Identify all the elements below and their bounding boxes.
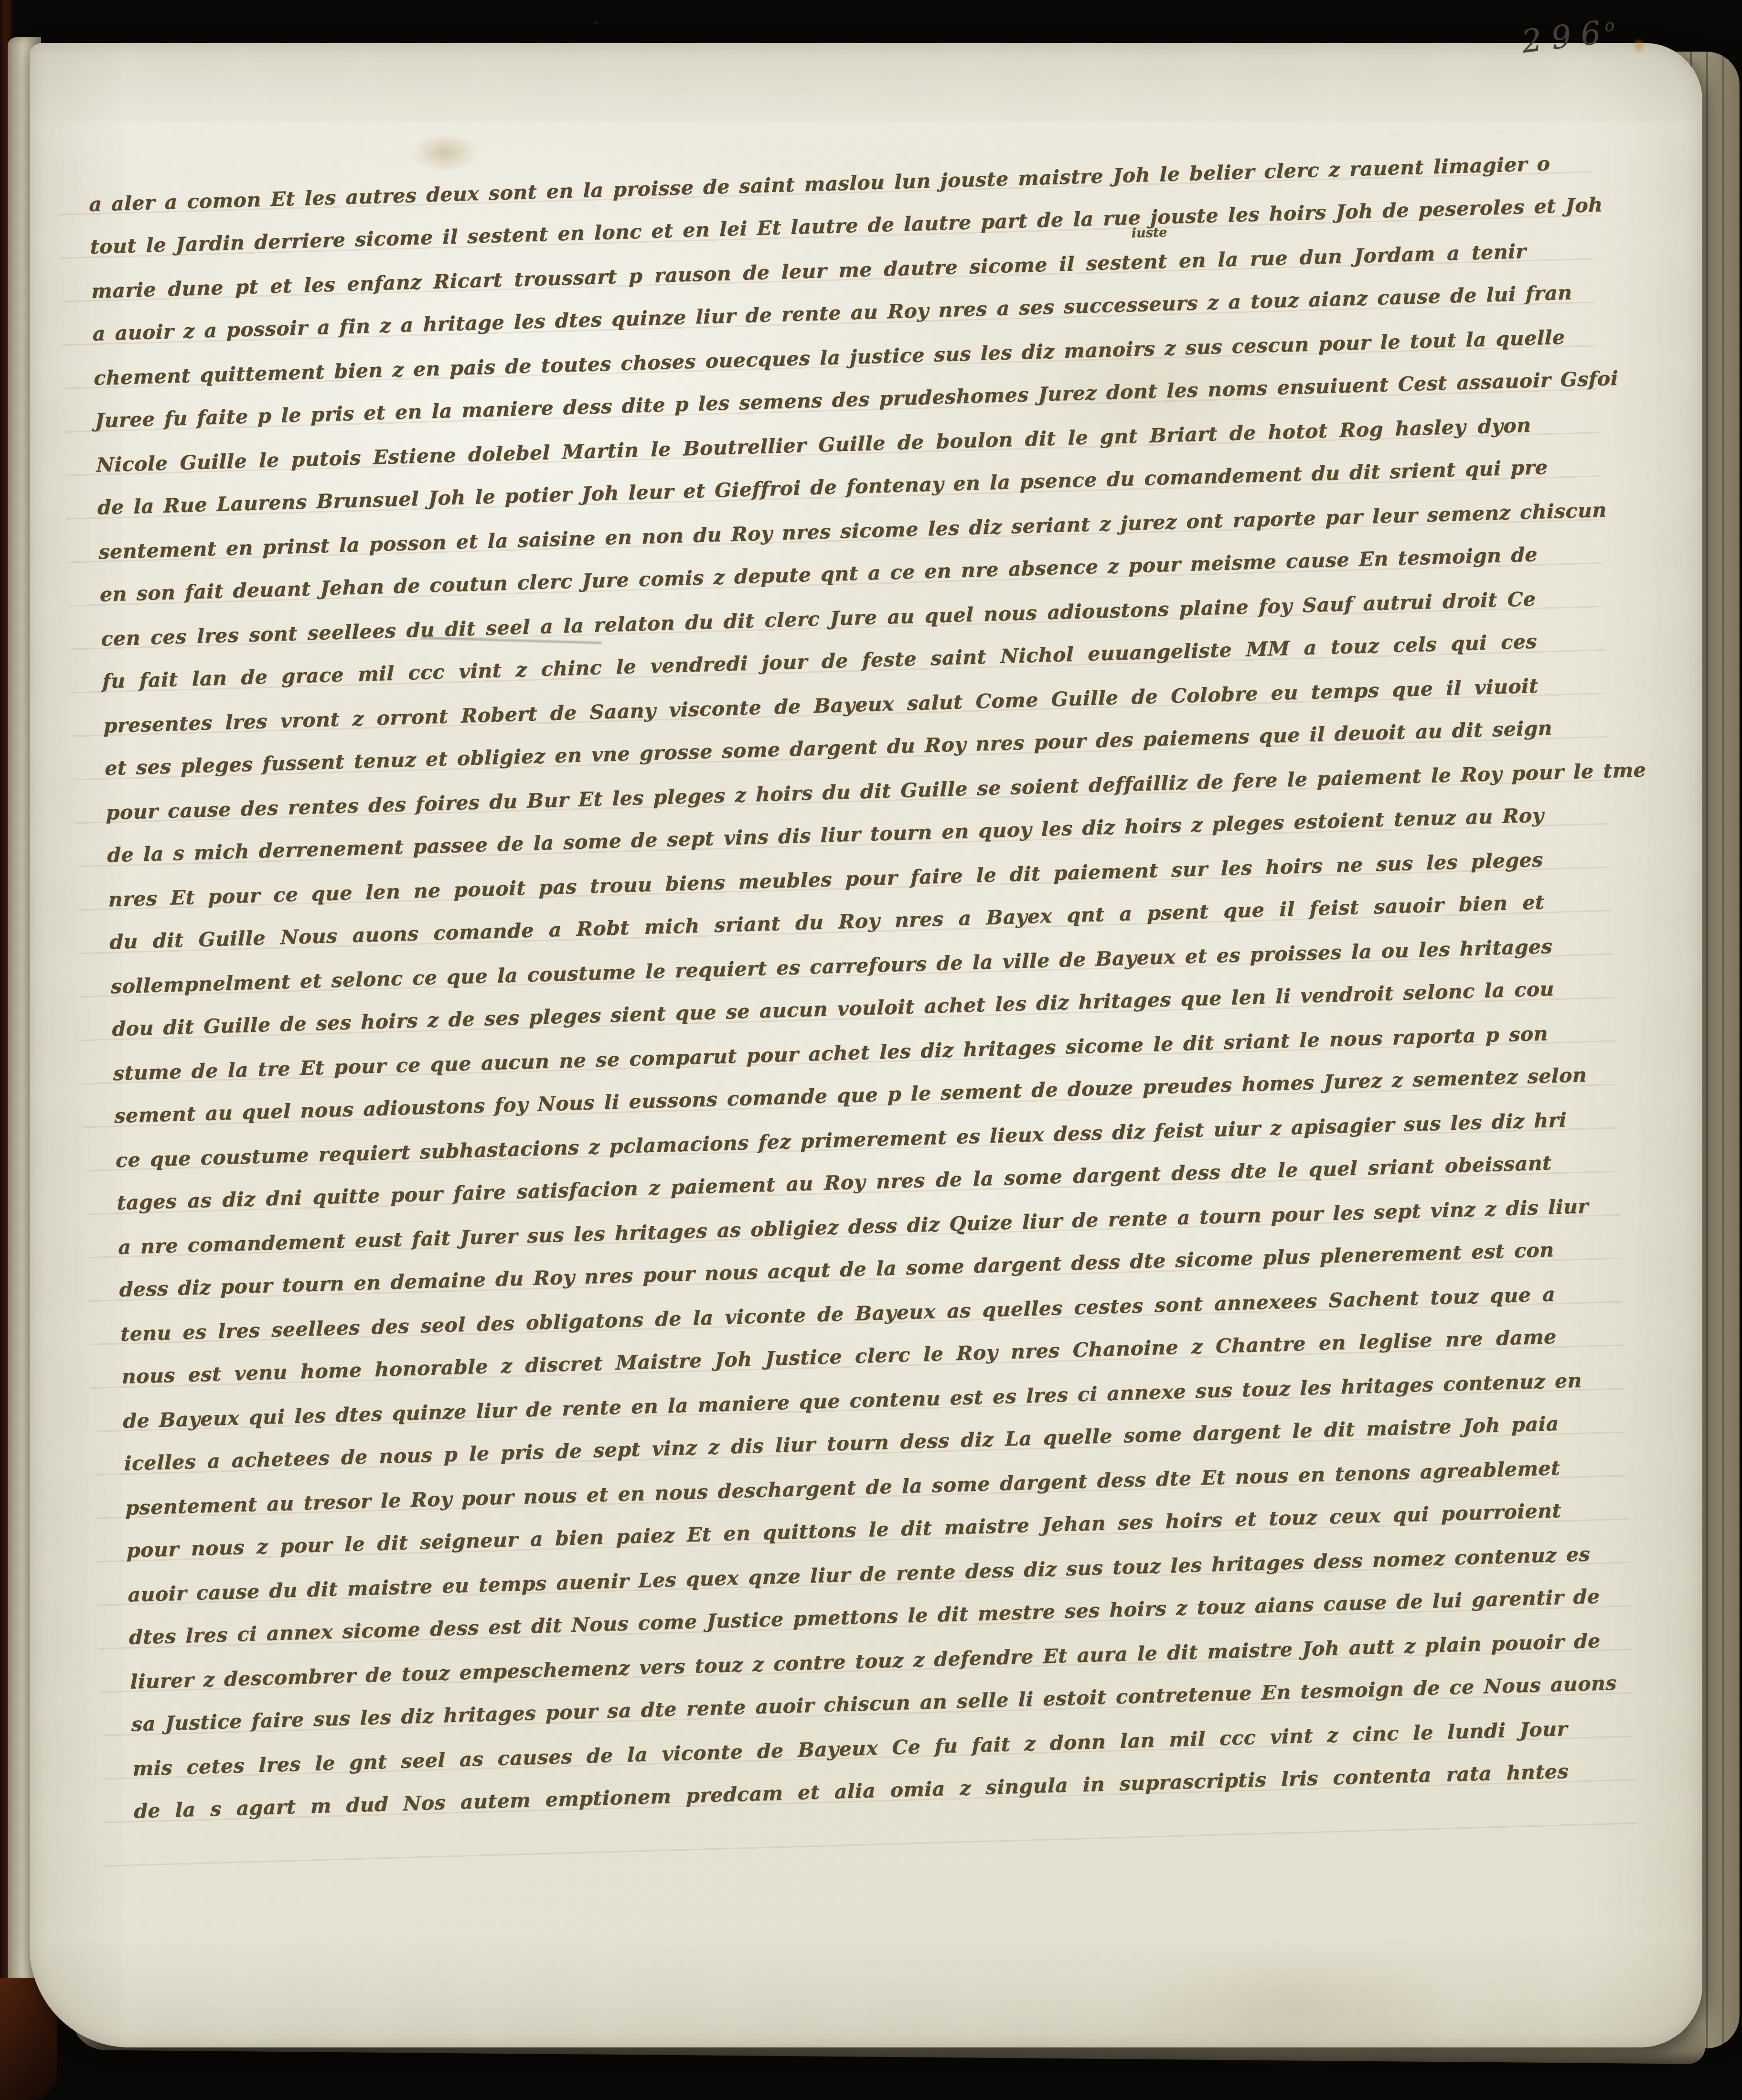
parchment-stain [412, 134, 479, 172]
ink-speck [594, 21, 598, 24]
manuscript-text-block: a aler a comon Et les autres deux sont e… [88, 142, 1569, 1834]
interlinear-insert: iuste [1131, 211, 1168, 255]
manuscript-photo: { "colors": { "background": "#0a0806", "… [0, 0, 1742, 2100]
folio-number-superscript: o [1603, 16, 1615, 36]
